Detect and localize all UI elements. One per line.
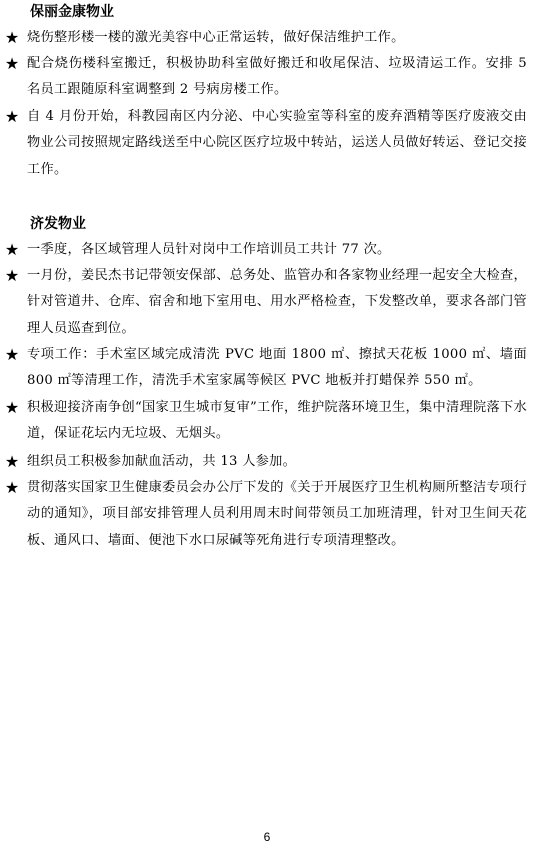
list-item-text: 配合烧伤楼科室搬迁，积极协助科室做好搬迁和收尾保洁、垃圾清运工作。安排 5 名员… [27, 51, 527, 104]
list-item-text: 一季度，各区域管理人员针对岗中工作培训员工共计 77 次。 [27, 237, 527, 263]
list-item-text: 烧伤整形楼一楼的激光美容中心正常运转，做好保洁维护工作。 [27, 25, 527, 51]
document-page: 保丽金康物业 ★ 烧伤整形楼一楼的激光美容中心正常运转，做好保洁维护工作。 ★ … [0, 0, 534, 848]
list-item-text: 积极迎接济南争创“国家卫生城市复审”工作，维护院落环境卫生，集中清理院落下水道，… [27, 395, 527, 448]
star-bullet-icon: ★ [3, 475, 21, 501]
list-item-text: 组织员工积极参加献血活动，共 13 人参加。 [27, 449, 527, 475]
list-item-text: 自 4 月份开始，科教园南区内分泌、中心实验室等科室的废弃酒精等医疗废液交由物业… [27, 104, 527, 183]
star-bullet-icon: ★ [3, 449, 21, 475]
star-bullet-icon: ★ [3, 263, 21, 289]
star-bullet-icon: ★ [3, 395, 21, 421]
star-bullet-icon: ★ [3, 342, 21, 368]
star-bullet-icon: ★ [3, 104, 21, 130]
star-bullet-icon: ★ [3, 25, 21, 51]
star-bullet-icon: ★ [3, 237, 21, 263]
page-number: 6 [0, 830, 534, 844]
section-title-baoli-jinkang: 保丽金康物业 [30, 2, 114, 22]
list-item-text: 贯彻落实国家卫生健康委员会办公厅下发的《关于开展医疗卫生机构厕所整洁专项行动的通… [27, 475, 527, 554]
section-title-jifa: 济发物业 [30, 214, 86, 234]
list-item-text: 一月份，姜民杰书记带领安保部、总务处、监管办和各家物业经理一起安全大检查，针对管… [27, 263, 527, 342]
list-item-text: 专项工作：手术室区域完成清洗 PVC 地面 1800 ㎡、擦拭天花板 1000 … [27, 342, 527, 395]
star-bullet-icon: ★ [3, 51, 21, 77]
